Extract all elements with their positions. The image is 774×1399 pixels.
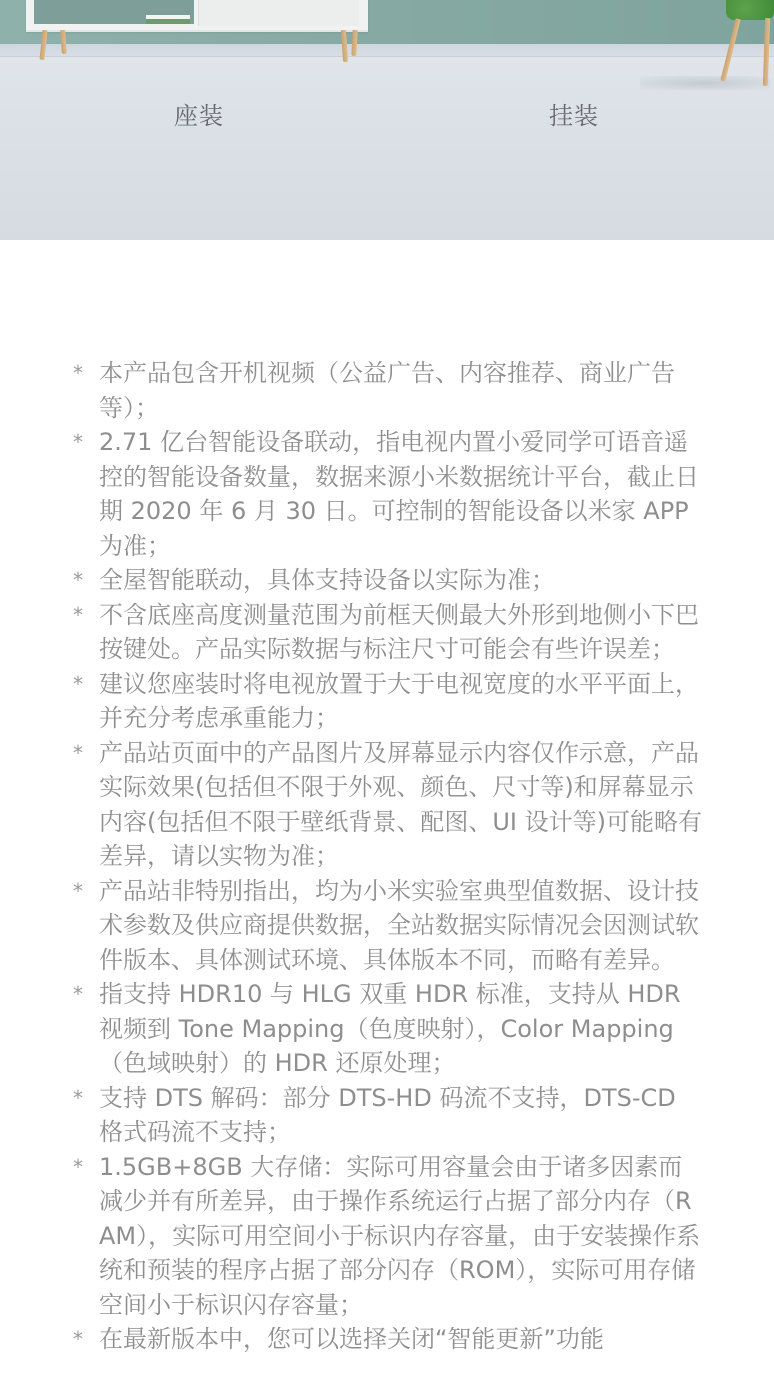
footnote-text: 产品站页面中的产品图片及屏幕显示内容仅作示意，产品实际效果(包括但不限于外观、颜…: [99, 739, 702, 871]
installation-illustration: 座装 挂装: [0, 0, 774, 240]
asterisk-icon: *: [73, 1322, 83, 1357]
chair-shadow: [640, 76, 770, 90]
footnote-text: 建议您座装时将电视放置于大于电视宽度的水平平面上，并充分考虑承重能力；: [99, 670, 699, 733]
footnote-item: *全屋智能联动，具体支持设备以实际为准；: [0, 563, 703, 598]
footnote-item: *不含底座高度测量范围为前框天侧最大外形到地侧小下巴按键处。产品实际数据与标注尺…: [0, 598, 703, 667]
baseboard: [0, 44, 774, 57]
asterisk-icon: *: [73, 1081, 83, 1116]
footnote-item: *支持 DTS 解码：部分 DTS-HD 码流不支持，DTS-CD 格式码流不支…: [0, 1081, 703, 1150]
footnotes-list: *本产品包含开机视频（公益广告、内容推荐、商业广告等）； *2.71 亿台智能设…: [0, 356, 774, 1357]
footnote-item: *本产品包含开机视频（公益广告、内容推荐、商业广告等）；: [0, 356, 703, 425]
footnote-text: 支持 DTS 解码：部分 DTS-HD 码流不支持，DTS-CD 格式码流不支持…: [99, 1084, 676, 1147]
label-wall-mounted: 挂装: [549, 96, 599, 131]
footnote-text: 在最新版本中，您可以选择关闭“智能更新”功能: [99, 1325, 604, 1353]
footnote-item: *产品站页面中的产品图片及屏幕显示内容仅作示意，产品实际效果(包括但不限于外观、…: [0, 736, 703, 874]
asterisk-icon: *: [73, 1150, 83, 1185]
asterisk-icon: *: [73, 598, 83, 633]
cabinet-door: [198, 0, 359, 26]
label-seated: 座装: [174, 96, 224, 131]
asterisk-icon: *: [73, 977, 83, 1012]
book-green: [146, 19, 190, 24]
footnote-item: *2.71 亿台智能设备联动，指电视内置小爱同学可语音遥控的智能设备数量，数据来…: [0, 425, 703, 563]
footnote-item: *在最新版本中，您可以选择关闭“智能更新”功能: [0, 1322, 703, 1357]
footnote-text: 2.71 亿台智能设备联动，指电视内置小爱同学可语音遥控的智能设备数量，数据来源…: [99, 428, 699, 560]
asterisk-icon: *: [73, 425, 83, 460]
footnote-text: 本产品包含开机视频（公益广告、内容推荐、商业广告等）；: [99, 359, 675, 422]
asterisk-icon: *: [73, 874, 83, 909]
asterisk-icon: *: [73, 563, 83, 598]
footnote-item: *产品站非特别指出，均为小米实验室典型值数据、设计技术参数及供应商提供数据，全站…: [0, 874, 703, 978]
footnote-item: *建议您座装时将电视放置于大于电视宽度的水平平面上，并充分考虑承重能力；: [0, 667, 703, 736]
footnote-text: 指支持 HDR10 与 HLG 双重 HDR 标准，支持从 HDR 视频到 To…: [99, 980, 681, 1077]
footnote-text: 1.5GB+8GB 大存储：实际可用容量会由于诸多因素而减少并有所差异，由于操作…: [99, 1153, 700, 1319]
footnote-text: 全屋智能联动，具体支持设备以实际为准；: [99, 566, 555, 594]
asterisk-icon: *: [73, 356, 83, 391]
tv-cabinet: [26, 0, 368, 32]
footnote-text: 产品站非特别指出，均为小米实验室典型值数据、设计技术参数及供应商提供数据，全站数…: [99, 877, 699, 974]
footnote-item: *指支持 HDR10 与 HLG 双重 HDR 标准，支持从 HDR 视频到 T…: [0, 977, 703, 1081]
footnote-text: 不含底座高度测量范围为前框天侧最大外形到地侧小下巴按键处。产品实际数据与标注尺寸…: [99, 601, 699, 664]
footnote-item: *1.5GB+8GB 大存储：实际可用容量会由于诸多因素而减少并有所差异，由于操…: [0, 1150, 703, 1323]
asterisk-icon: *: [73, 736, 83, 771]
asterisk-icon: *: [73, 667, 83, 702]
